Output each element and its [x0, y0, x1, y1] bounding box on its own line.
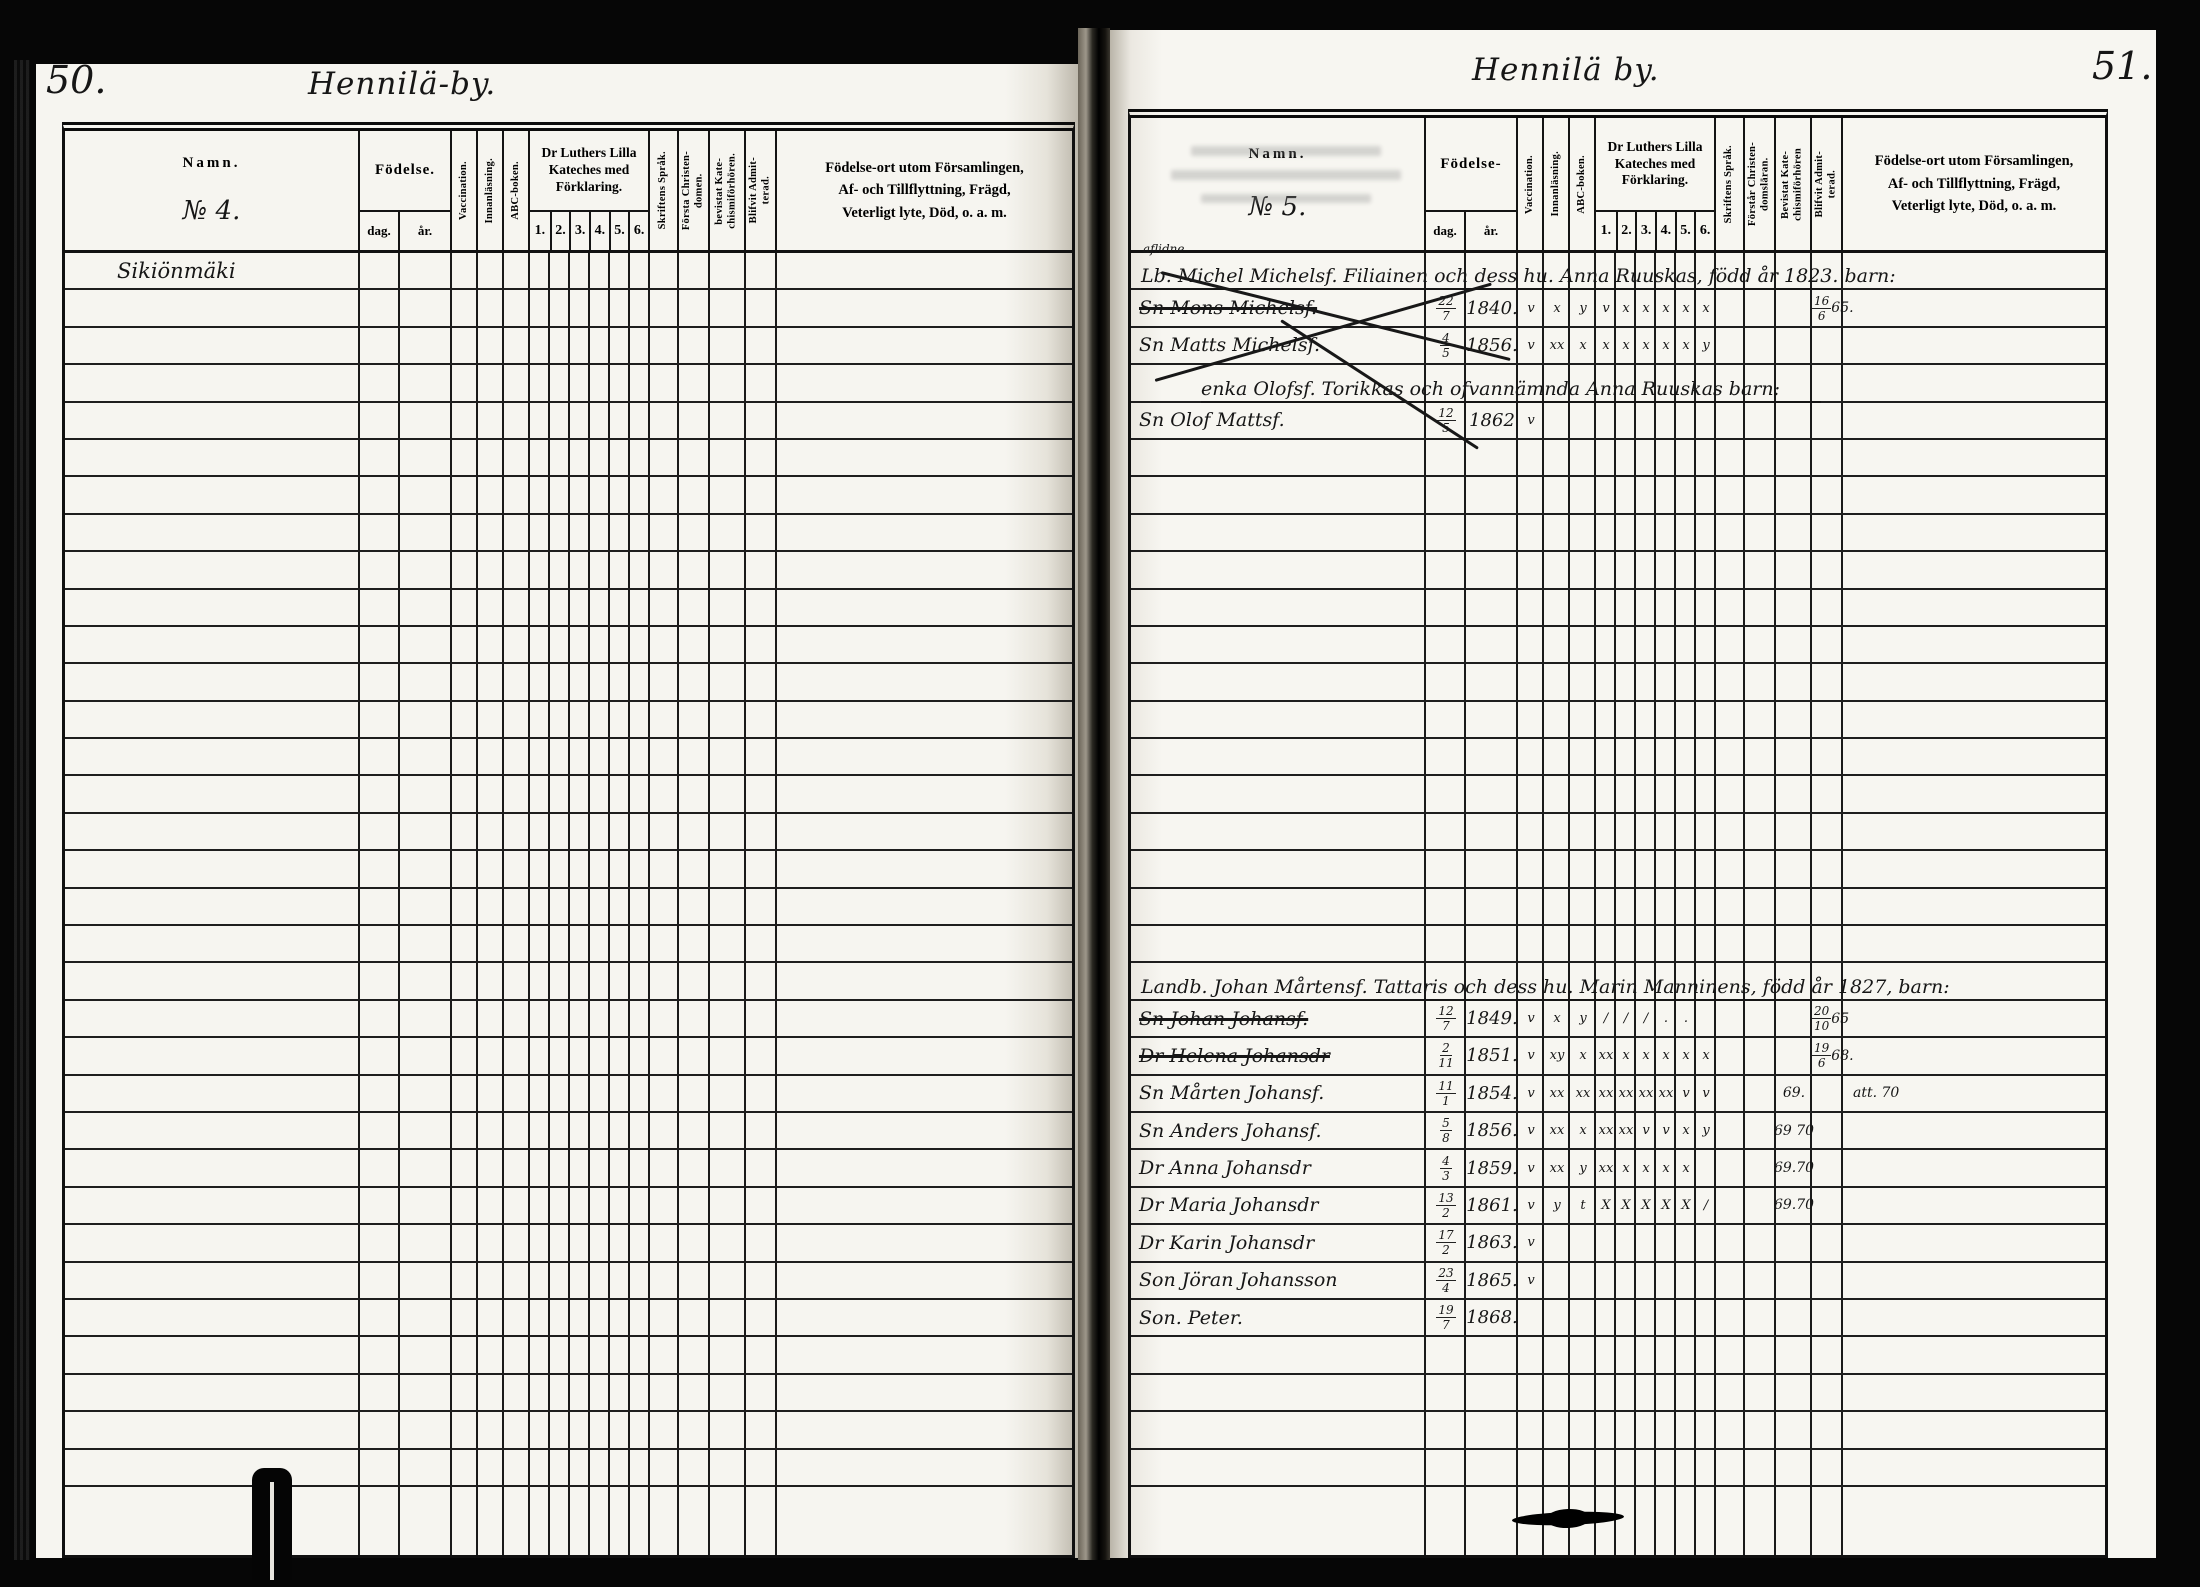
fraction-denominator: 1: [1442, 1094, 1450, 1107]
birth-day-fraction: 234: [1436, 1267, 1455, 1294]
mark-cell: x: [1676, 290, 1696, 325]
check-mark: X: [1641, 1198, 1650, 1213]
mark-cell: [1676, 1225, 1696, 1260]
table-row: [65, 1076, 1072, 1113]
birth-year-cell: 1859.: [1466, 1150, 1518, 1185]
fraction-denominator: 7: [1442, 1318, 1450, 1331]
birth-day-fraction: 111: [1436, 1080, 1455, 1107]
birth-year-cell: 1856.: [1466, 1113, 1518, 1148]
skriftens-cell: [1716, 403, 1745, 438]
fraction-numerator: 5: [1440, 1117, 1452, 1131]
check-mark: v: [1527, 1048, 1534, 1063]
header-forsta: Förstår Christen- domsläran.: [1745, 118, 1776, 250]
mark-cell: v: [1518, 1038, 1544, 1073]
mark-cell: x: [1570, 1113, 1596, 1148]
fraction-numerator: 2: [1440, 1042, 1452, 1056]
check-mark: v: [1702, 1086, 1709, 1101]
mark-cell: [1544, 403, 1570, 438]
check-mark: v: [1527, 1123, 1534, 1138]
header-ar: år.: [1466, 212, 1516, 250]
check-mark: x: [1553, 1011, 1560, 1026]
admission-cell: [1812, 1263, 1843, 1298]
header-abc-boken-label: ABC-boken.: [1576, 155, 1589, 214]
check-mark: v: [1527, 301, 1534, 316]
table-row: [65, 739, 1072, 776]
table-row: Son Jöran Johansson2341865.v: [1131, 1263, 2105, 1300]
mark-cell: xx: [1544, 1150, 1570, 1185]
table-row: [1131, 440, 2105, 477]
header-notes: Födelse-ort utom Församlingen, Af- och T…: [777, 131, 1072, 250]
check-mark: x: [1702, 1048, 1709, 1063]
header-blifvit: Blifvit Admit- terad.: [746, 131, 777, 250]
skriftens-cell: [1716, 1113, 1745, 1148]
mark-cell: [1676, 1263, 1696, 1298]
mark-cell: /: [1616, 1001, 1636, 1036]
mark-cell: X: [1636, 1188, 1656, 1223]
fraction-numerator: 19: [1436, 1304, 1455, 1318]
village-title-right: Hennilä by.: [1472, 52, 1660, 88]
notes-cell: [1843, 1263, 2105, 1298]
mark-cell: v: [1636, 1113, 1656, 1148]
mark-cell: x: [1656, 1038, 1676, 1073]
header-vaccination-label: Vaccination.: [458, 161, 471, 220]
birth-year-cell: 1840.: [1466, 290, 1518, 325]
mark-cell: xx: [1616, 1076, 1636, 1111]
mark-cell: xx: [1544, 1113, 1570, 1148]
header-dag: dag.: [360, 212, 400, 250]
birth-day-cell: 211: [1426, 1038, 1466, 1073]
mark-cell: x: [1636, 1038, 1656, 1073]
header-bevistat: Bevistat Kate- chismiförhören: [1776, 118, 1812, 250]
admission-cell: [1812, 403, 1843, 438]
birth-year-cell: 1863.: [1466, 1225, 1518, 1260]
mark-cell: [1696, 1150, 1716, 1185]
birth-day-fraction: 197: [1436, 1304, 1455, 1331]
table-row: [65, 590, 1072, 627]
margin-note: aflidne: [1143, 242, 1185, 256]
mark-cell: [1636, 1300, 1656, 1335]
mark-cell: X: [1676, 1188, 1696, 1223]
table-row: [65, 1300, 1072, 1337]
birth-day-cell: 197: [1426, 1300, 1466, 1335]
check-mark: y: [1702, 338, 1709, 353]
header-innanlasning: Innanläsning.: [478, 131, 504, 250]
table-row: [1131, 851, 2105, 888]
header-abc-boken: ABC-boken.: [504, 131, 530, 250]
check-mark: x: [1579, 338, 1586, 353]
admission-cell: [1812, 1113, 1843, 1148]
table-row: [65, 440, 1072, 477]
fraction-denominator: 6: [1818, 1056, 1826, 1069]
table-row: [65, 477, 1072, 514]
header-innanlasning-label: Innanläsning.: [484, 158, 497, 223]
check-mark: v: [1602, 301, 1609, 316]
check-mark: v: [1527, 413, 1534, 428]
mark-cell: [1570, 1263, 1596, 1298]
mark-cell: xx: [1544, 328, 1570, 363]
birth-year-cell: 1865.: [1466, 1263, 1518, 1298]
admission-cell: [1812, 1188, 1843, 1223]
name-cell: Dr Maria Johansdr: [1131, 1188, 1426, 1223]
header-abc-boken: ABC-boken.: [1570, 118, 1596, 250]
check-mark: x: [1642, 301, 1649, 316]
check-mark: xx: [1599, 1048, 1614, 1063]
birth-year: 1862: [1469, 410, 1515, 431]
person-name: Sn Mårten Johansf.: [1139, 1082, 1324, 1104]
table-row: Dr Anna Johansdr431859.vxxyxxxxxx69.70: [1131, 1150, 2105, 1187]
kateches-col-6: 6.: [1694, 212, 1714, 250]
bleed-through-smudge: [1171, 170, 1401, 180]
header-kateches-numbers: 1. 2. 3. 4. 5. 6.: [1596, 210, 1714, 250]
mark-cell: v: [1518, 1263, 1544, 1298]
table-row: [65, 776, 1072, 813]
table-row: [65, 1188, 1072, 1225]
table-row: [1131, 1450, 2105, 1487]
fraction-denominator: 10: [1814, 1019, 1829, 1032]
birth-day-cell: 234: [1426, 1263, 1466, 1298]
family-heading-text: Lb. Michel Michelsf. Filiainen och dess …: [1141, 265, 1896, 288]
table-row: Sn Mons Michelsf.2271840.vxyvxxxxx16665.: [1131, 290, 2105, 327]
mark-cell: [1676, 1300, 1696, 1335]
header-fodelse: Födelse. dag. år.: [360, 131, 452, 250]
table-row: [1131, 515, 2105, 552]
admission-cell: 201065: [1812, 1001, 1843, 1036]
check-mark: x: [1642, 338, 1649, 353]
mark-cell: xx: [1596, 1076, 1616, 1111]
header-forsta-label: Första Christen- domen.: [681, 151, 706, 230]
check-mark: x: [1662, 338, 1669, 353]
table-row: [65, 552, 1072, 589]
mark-cell: [1636, 1263, 1656, 1298]
header-skriftens: Skriftens Språk.: [650, 131, 679, 250]
mark-cell: v: [1518, 1150, 1544, 1185]
fraction-numerator: 13: [1436, 1192, 1455, 1206]
mark-cell: xx: [1596, 1113, 1616, 1148]
table-row: [1131, 1412, 2105, 1449]
table-row: [65, 664, 1072, 701]
table-header-right: Namn. № 5. Födelse- dag. år. Vaccination…: [1131, 118, 2105, 253]
mark-cell: xx: [1596, 1150, 1616, 1185]
register-table-right: Namn. № 5. Födelse- dag. år. Vaccination…: [1128, 109, 2108, 1558]
table-row: enka Olofsf. Torikkas och ofvannämnda An…: [1131, 365, 2105, 402]
mark-cell: [1616, 1300, 1636, 1335]
katechism-years: 69.: [1783, 1085, 1805, 1101]
table-row: [1131, 590, 2105, 627]
fraction-denominator: 8: [1442, 1131, 1450, 1144]
mark-cell: [1544, 1225, 1570, 1260]
katechism-years: 69 70: [1774, 1123, 1814, 1139]
table-row: [1131, 1375, 2105, 1412]
admission-cell: [1812, 1300, 1843, 1335]
check-mark: v: [1642, 1123, 1649, 1138]
header-vaccination: Vaccination.: [452, 131, 478, 250]
mark-cell: v: [1518, 403, 1544, 438]
check-mark: x: [1622, 301, 1629, 316]
check-mark: x: [1662, 301, 1669, 316]
birth-year: 1859.: [1466, 1158, 1518, 1179]
table-row: [1131, 477, 2105, 514]
skriftens-cell: [1716, 1300, 1745, 1335]
header-bevistat: bevistat Kate- chismiförhören.: [710, 131, 746, 250]
check-mark: xx: [1639, 1086, 1654, 1101]
mark-cell: x: [1596, 328, 1616, 363]
table-row: [65, 1038, 1072, 1075]
bleed-through-smudge: [1191, 146, 1381, 156]
fraction-denominator: 11: [1438, 1056, 1453, 1069]
mark-cell: y: [1570, 1150, 1596, 1185]
person-name: Dr Maria Johansdr: [1139, 1194, 1319, 1216]
fraction-denominator: 2: [1442, 1243, 1450, 1256]
birth-year: 1863.: [1466, 1232, 1518, 1253]
check-mark: .: [1664, 1011, 1668, 1026]
mark-cell: v: [1518, 1113, 1544, 1148]
kateches-col-6: 6.: [628, 212, 648, 250]
name-cell: Sn Mons Michelsf.: [1131, 290, 1426, 325]
mark-cell: x: [1544, 1001, 1570, 1036]
katechism-years: 69.70: [1774, 1197, 1814, 1213]
table-row: [65, 515, 1072, 552]
forsta-cell: [1745, 1076, 1776, 1111]
mark-cell: x: [1616, 1150, 1636, 1185]
birth-year: 1840.: [1466, 298, 1518, 319]
header-innanlasning: Innanläsning.: [1544, 118, 1570, 250]
fraction-numerator: 17: [1436, 1229, 1455, 1243]
skriftens-cell: [1716, 290, 1745, 325]
header-skriftens-label: Skriftens Språk.: [657, 151, 670, 229]
katechism-years: 69.70: [1774, 1160, 1814, 1176]
person-name: Dr Helena Johansdr: [1139, 1045, 1330, 1067]
check-mark: v: [1527, 1086, 1534, 1101]
forsta-cell: [1745, 1150, 1776, 1185]
mark-cell: xx: [1596, 1038, 1616, 1073]
header-kateches-numbers: 1. 2. 3. 4. 5. 6.: [530, 210, 648, 250]
mark-cell: [1544, 1263, 1570, 1298]
header-skriftens-label: Skriftens Språk.: [1723, 145, 1736, 223]
forsta-cell: [1745, 328, 1776, 363]
mark-cell: x: [1616, 328, 1636, 363]
table-row: Dr Maria Johansdr1321861.vytXXXXX/69.70: [1131, 1188, 2105, 1225]
check-mark: xx: [1599, 1086, 1614, 1101]
mark-cell: [1676, 403, 1696, 438]
rows-container: Sikiönmäki: [65, 253, 1072, 1487]
table-row: [65, 702, 1072, 739]
check-mark: x: [1662, 1048, 1669, 1063]
mark-cell: v: [1518, 290, 1544, 325]
katechism-cell: 69.: [1776, 1076, 1812, 1111]
skriftens-cell: [1716, 1076, 1745, 1111]
mark-cell: [1518, 1300, 1544, 1335]
admission-date-fraction: 196: [1812, 1042, 1831, 1069]
table-row: [65, 627, 1072, 664]
forsta-cell: [1745, 1300, 1776, 1335]
birth-day-fraction: 132: [1436, 1192, 1455, 1219]
household-number: № 4.: [183, 196, 241, 226]
mark-cell: [1696, 403, 1716, 438]
mark-cell: [1596, 1300, 1616, 1335]
check-mark: /: [1604, 1011, 1608, 1026]
mark-cell: xx: [1616, 1113, 1636, 1148]
table-row: Dr Helena Johansdr2111851.vxyxxxxxxxx196…: [1131, 1038, 2105, 1075]
header-bevistat-label: bevistat Kate- chismiförhören.: [714, 153, 739, 229]
katechism-cell: [1776, 403, 1812, 438]
table-row: Landb. Johan Mårtensf. Tattaris och dess…: [1131, 963, 2105, 1000]
person-name: Sn Johan Johansf.: [1139, 1008, 1308, 1030]
mark-cell: xx: [1544, 1076, 1570, 1111]
birth-year: 1854.: [1466, 1083, 1518, 1104]
person-name: Sn Anders Johansf.: [1139, 1120, 1322, 1142]
mark-cell: v: [1696, 1076, 1716, 1111]
mark-cell: y: [1570, 290, 1596, 325]
admission-date-fraction: 166: [1812, 295, 1831, 322]
person-name: Son Jöran Johansson: [1139, 1269, 1338, 1291]
kateches-col-4: 4.: [1655, 212, 1675, 250]
person-name: Sn Matts Michelsf.: [1139, 334, 1320, 356]
header-forsta-label: Förstår Christen- domsläran.: [1747, 142, 1772, 226]
notes-cell: [1843, 403, 2105, 438]
mark-cell: [1696, 1263, 1716, 1298]
kateches-col-5: 5.: [609, 212, 629, 250]
family-heading: enka Olofsf. Torikkas och ofvannämnda An…: [1201, 365, 1821, 402]
check-mark: v: [1527, 1011, 1534, 1026]
birth-day-cell: 132: [1426, 1188, 1466, 1223]
mark-cell: [1616, 1263, 1636, 1298]
table-row: [65, 1001, 1072, 1038]
check-mark: x: [1662, 1161, 1669, 1176]
village-title-left: Hennilä-by.: [308, 66, 496, 102]
check-mark: xx: [1619, 1086, 1634, 1101]
check-mark: v: [1662, 1123, 1669, 1138]
header-dag: dag.: [1426, 212, 1466, 250]
notes-cell: [1843, 1038, 2105, 1073]
mark-cell: [1636, 403, 1656, 438]
kateches-col-1: 1.: [530, 212, 550, 250]
page-number-right: 51.: [2092, 44, 2152, 88]
birth-day-cell: 111: [1426, 1076, 1466, 1111]
birth-year: 1849.: [1466, 1008, 1518, 1029]
mark-cell: t: [1570, 1188, 1596, 1223]
mark-cell: [1696, 1300, 1716, 1335]
mark-cell: [1596, 1263, 1616, 1298]
mark-cell: x: [1676, 328, 1696, 363]
family-heading-text: Landb. Johan Mårtensf. Tattaris och dess…: [1141, 976, 1950, 999]
forsta-cell: [1745, 1225, 1776, 1260]
skriftens-cell: [1716, 1225, 1745, 1260]
katechism-cell: 69.70: [1776, 1188, 1812, 1223]
check-mark: /: [1644, 1011, 1648, 1026]
table-row: [65, 290, 1072, 327]
note-text: att. 70: [1853, 1085, 1899, 1101]
forsta-cell: [1745, 403, 1776, 438]
check-mark: x: [1622, 338, 1629, 353]
kateches-col-2: 2.: [550, 212, 570, 250]
header-bevistat-label: Bevistat Kate- chismiförhören: [1780, 148, 1805, 221]
admission-cell: 19668.: [1812, 1038, 1843, 1073]
scanned-parish-register: 50. Hennilä-by. Namn. № 4. Födelse. dag.…: [0, 0, 2200, 1587]
name-cell: Sikiönmäki: [65, 253, 360, 288]
header-vaccination-label: Vaccination.: [1524, 155, 1537, 214]
table-body-left: Sikiönmäki: [65, 253, 1072, 1555]
fraction-numerator: 20: [1812, 1005, 1831, 1019]
check-mark: xy: [1550, 1048, 1565, 1063]
mark-cell: xx: [1656, 1076, 1676, 1111]
mark-cell: /: [1596, 1001, 1616, 1036]
notes-cell: [1843, 1113, 2105, 1148]
skriftens-cell: [1716, 1150, 1745, 1185]
fraction-denominator: 6: [1818, 309, 1826, 322]
check-mark: x: [1642, 1048, 1649, 1063]
birth-day-cell: 58: [1426, 1113, 1466, 1148]
fraction-numerator: 12: [1436, 1005, 1455, 1019]
check-mark: x: [1622, 1048, 1629, 1063]
table-row: Son. Peter.1971868.: [1131, 1300, 2105, 1337]
fraction-denominator: 7: [1442, 1019, 1450, 1032]
check-mark: t: [1580, 1198, 1585, 1213]
name-cell: Son Jöran Johansson: [1131, 1263, 1426, 1298]
birth-year-cell: 1868.: [1466, 1300, 1518, 1335]
check-mark: xx: [1550, 1161, 1565, 1176]
notes-cell: [1843, 290, 2105, 325]
mark-cell: [1656, 1300, 1676, 1335]
check-mark: v: [1527, 338, 1534, 353]
check-mark: x: [1579, 1123, 1586, 1138]
fraction-denominator: 3: [1442, 1169, 1450, 1182]
mark-cell: v: [1518, 328, 1544, 363]
table-row: [65, 1412, 1072, 1449]
mark-cell: x: [1676, 1150, 1696, 1185]
check-mark: /: [1624, 1011, 1628, 1026]
mark-cell: [1570, 403, 1596, 438]
table-row: [1131, 664, 2105, 701]
kateches-col-3: 3.: [569, 212, 589, 250]
table-row: [1131, 926, 2105, 963]
check-mark: v: [1682, 1086, 1689, 1101]
book-clasp-slit: [270, 1482, 274, 1580]
mark-cell: x: [1676, 1113, 1696, 1148]
forsta-cell: [1745, 1001, 1776, 1036]
header-ar: år.: [400, 212, 450, 250]
birth-year-cell: 1854.: [1466, 1076, 1518, 1111]
name-cell: Sn Mårten Johansf.: [1131, 1076, 1426, 1111]
check-mark: y: [1579, 1161, 1586, 1176]
check-mark: y: [1553, 1198, 1560, 1213]
bleed-through-smudge: [1201, 194, 1371, 203]
book-gutter: [1078, 28, 1110, 1560]
fraction-denominator: 4: [1442, 1281, 1450, 1294]
table-row: [65, 814, 1072, 851]
mark-cell: v: [1596, 290, 1616, 325]
check-mark: X: [1681, 1198, 1690, 1213]
admission-date-fraction: 2010: [1812, 1005, 1831, 1032]
header-namn: Namn. № 4.: [65, 131, 360, 250]
table-row: [1131, 776, 2105, 813]
table-row: [65, 1337, 1072, 1374]
name-cell: Sn Anders Johansf.: [1131, 1113, 1426, 1148]
table-row: [1131, 739, 2105, 776]
mark-cell: [1636, 1225, 1656, 1260]
check-mark: x: [1702, 301, 1709, 316]
check-mark: x: [1682, 1161, 1689, 1176]
mark-cell: y: [1696, 328, 1716, 363]
birth-day-cell: 43: [1426, 1150, 1466, 1185]
fraction-denominator: 2: [1442, 1206, 1450, 1219]
mark-cell: x: [1616, 1038, 1636, 1073]
table-row: Sn Olof Mattsf.1251862v: [1131, 403, 2105, 440]
birth-year: 1865.: [1466, 1270, 1518, 1291]
forsta-cell: [1745, 1038, 1776, 1073]
table-row: Sn Mårten Johansf.1111854.vxxxxxxxxxxxxv…: [1131, 1076, 2105, 1113]
check-mark: y: [1702, 1123, 1709, 1138]
mark-cell: /: [1636, 1001, 1656, 1036]
